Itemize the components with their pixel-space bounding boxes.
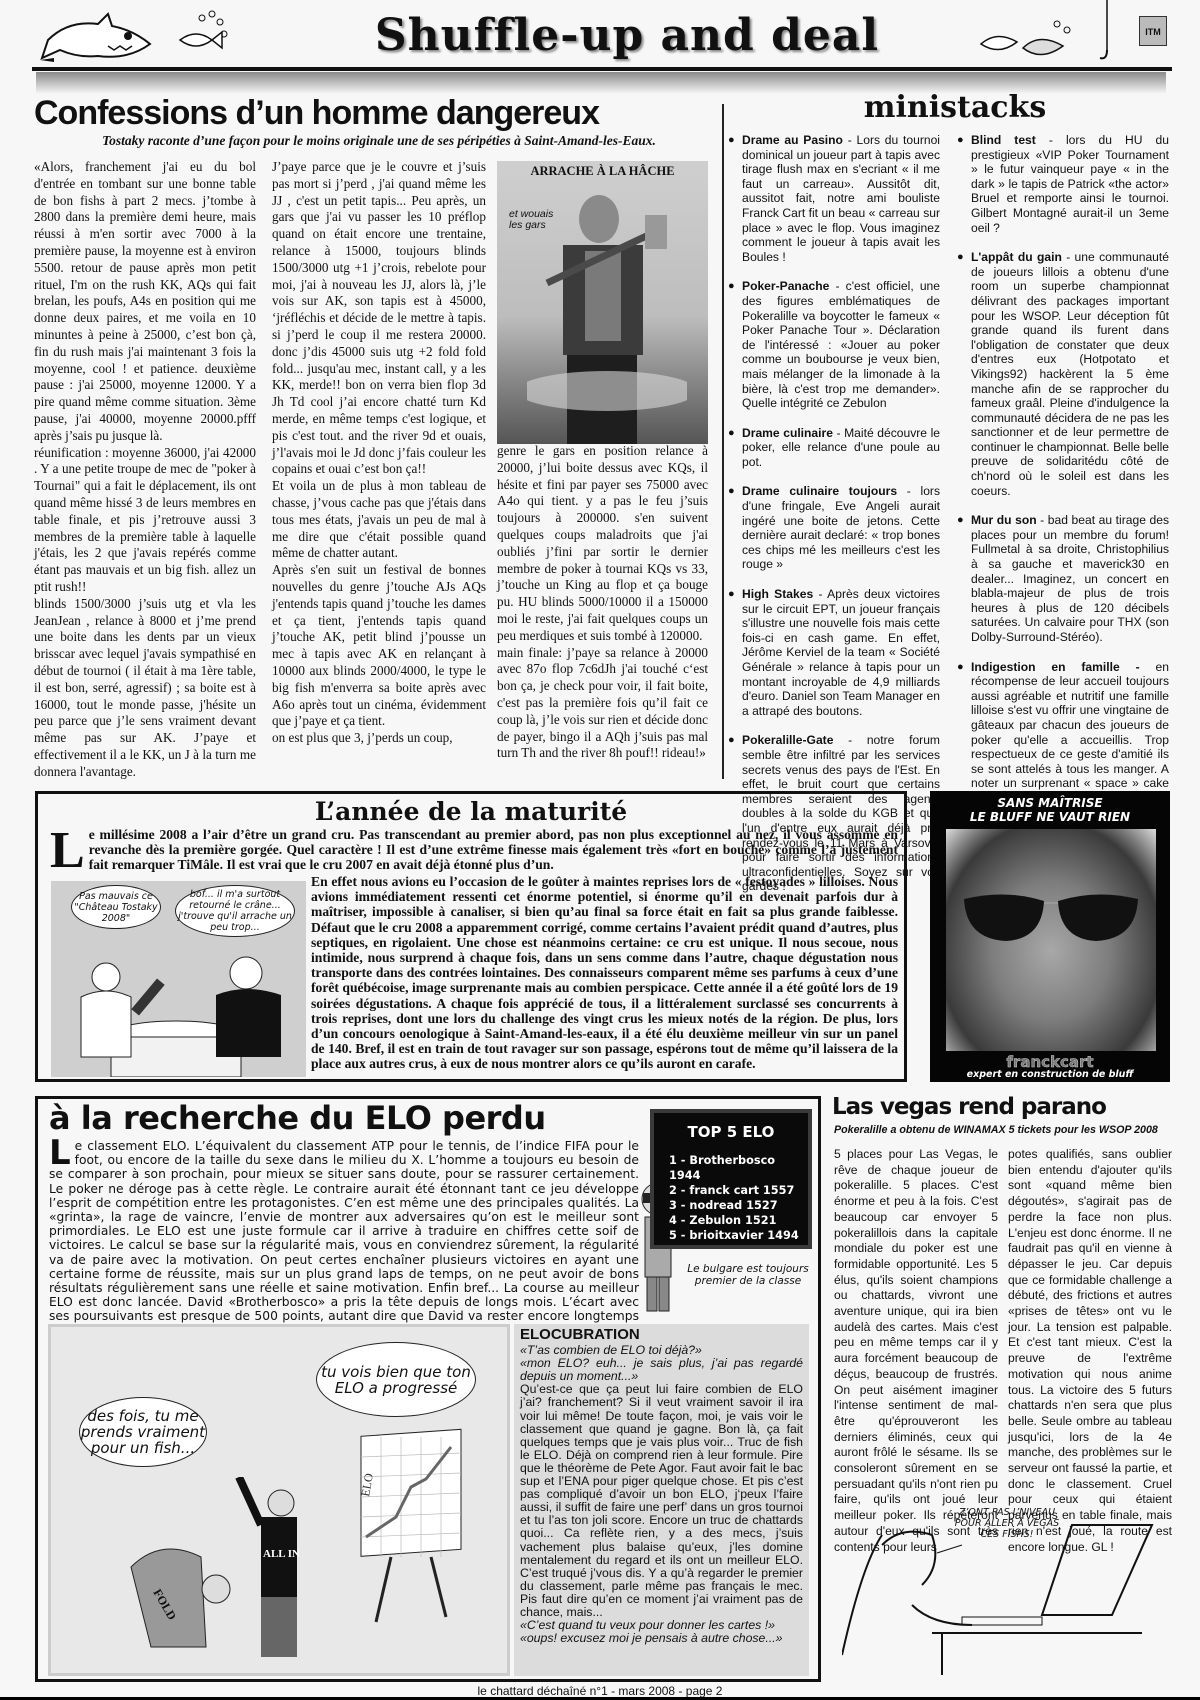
maturite-title: L’année de la maturité [38, 797, 904, 826]
paragraph: J’paye parce que je le couvre et j’suis … [272, 159, 486, 478]
maturite-article: L’année de la maturité Le millésime 2008… [35, 791, 907, 1082]
lumberjack-photo: ARRACHE À LA HÂCHE et wouais les gars [497, 161, 708, 444]
ministacks-column-right: Blind test - lors du HU du prestigieux «… [957, 133, 1169, 864]
confessions-column-1: «Alors, franchement j'ai eu du bol d'ent… [34, 159, 256, 780]
confessions-column-3: genre le gars en position relance à 2000… [497, 443, 708, 762]
itm-sign: ITM [1139, 16, 1167, 46]
top5-caption: Le bulgare est toujours premier de la cl… [678, 1263, 818, 1287]
speech-bubble-right: bof... il m'a surtout retourné le crâne.… [175, 885, 295, 937]
masthead: Shuffle-up and deal ITM [32, 8, 1172, 70]
ministack-item-text: - Après deux victoires sur le circuit EP… [742, 587, 940, 718]
newspaper-page: Shuffle-up and deal ITM Confessions d’un… [0, 0, 1200, 1700]
confessions-column-2: J’paye parce que je le couvre et j’suis … [272, 159, 486, 747]
advert-headline-line-2: LE BLUFF NE VAUT RIEN [930, 810, 1170, 824]
paragraph: genre le gars en position relance à 2000… [497, 443, 708, 645]
photo-caption: ARRACHE À LA HÂCHE [497, 164, 708, 179]
ministack-item-title: Blind test [971, 133, 1036, 147]
diners-illustration-icon [51, 937, 306, 1077]
sunglasses-face-photo [946, 829, 1156, 1051]
maturite-lead: Le millésime 2008 a l’air d’être un gran… [50, 827, 898, 873]
presenters-illustration-icon: FOLD ALL IN [111, 1477, 351, 1677]
speech-bubble-right: tu vois bien que ton ELO a progressé [316, 1342, 476, 1417]
dropcap: L [50, 829, 85, 873]
elocubration-body: Qu’est-ce que ça peut lui faire combien … [520, 1383, 803, 1619]
ministack-item: Drame au Pasino - Lors du tournoi domini… [728, 133, 940, 264]
maturite-lead-text: e millésime 2008 a l’air d’être un grand… [89, 827, 898, 872]
top5-entry: 4 - Zebulon 1521 [669, 1213, 808, 1228]
elo-article: à la recherche du ELO perdu Le classemen… [35, 1096, 821, 1682]
confessions-subtitle: Tostaky raconte d’une façon pour le moin… [34, 133, 724, 149]
masthead-title: Shuffle-up and deal [262, 10, 992, 61]
shirt-allin-label: ALL IN [263, 1548, 300, 1560]
elocubration-box: ELOCUBRATION «T’as combien de ELO toi dé… [514, 1324, 809, 1676]
page-footer: le chattard déchaîné n°1 - mars 2008 - p… [0, 1684, 1200, 1698]
ministack-item-title: Drame culinaire toujours [742, 484, 897, 498]
ministack-item-text: - bad beat au tirage des places pour un … [971, 513, 1169, 644]
elo-body: Le classement ELO. L’équivalent du class… [49, 1139, 639, 1338]
ministacks-title: ministacks [730, 90, 1180, 125]
elo-cartoon: des fois, tu me prends vraiment pour un … [48, 1324, 510, 1676]
top5-list: 1 - Brotherbosco 1944 2 - franck cart 15… [669, 1153, 808, 1243]
vegas-cartoon: Z’ONT PAS L’NIVEAU POUR ALLER À VEGAS CE… [842, 1505, 1167, 1675]
vegas-title: Las vegas rend parano [832, 1094, 1177, 1120]
ministack-item-text: - une communauté de joueurs lillois a ob… [971, 250, 1169, 498]
ministack-item-text: - lors du HU du prestigieux «VIP Poker T… [971, 133, 1169, 235]
ministack-item-title: L'appât du gain [971, 250, 1062, 264]
elocubration-quote: «oups! excusez moi je pensais à autre ch… [520, 1632, 803, 1645]
paragraph: Et voila un de plus à mon tableau de cha… [272, 478, 486, 562]
ministack-item: Drame culinaire - Maité découvre le poke… [728, 426, 940, 470]
vegas-column-2: potes qualifiés, sans oublier bien enten… [1008, 1147, 1172, 1555]
ministack-item: High Stakes - Après deux victoires sur l… [728, 587, 940, 718]
maturite-body: En effet nous avions eu l’occasion de le… [311, 874, 898, 1072]
sunglasses-icon [956, 889, 1146, 949]
masthead-rule [32, 67, 1172, 71]
column-divider [722, 104, 724, 779]
ministack-item-title: Drame culinaire [742, 426, 833, 440]
top5-elo-board: TOP 5 ELO 1 - Brotherbosco 1944 2 - fran… [650, 1109, 812, 1249]
ministack-item: Blind test - lors du HU du prestigieux «… [957, 133, 1169, 235]
elocubration-title: ELOCUBRATION [520, 1328, 803, 1341]
elo-chart-easel-icon: ELO [351, 1427, 491, 1627]
ministack-item-title: High Stakes [742, 587, 813, 601]
paragraph: réunification : moyenne 36000, j'ai 4200… [34, 445, 256, 596]
paragraph: «Alors, franchement j'ai eu du bol d'ent… [34, 159, 256, 445]
wine-tasting-cartoon: Pas mauvais ce "Château Tostaky 2008" bo… [51, 881, 306, 1077]
fishhook-icon [1092, 0, 1122, 70]
top5-entry: 5 - brioitxavier 1494 [669, 1228, 808, 1243]
paragraph: Après s'en suit un festival de bonnes no… [272, 562, 486, 730]
ministack-item: Poker-Panache - c'est officiel, une des … [728, 279, 940, 410]
paragraph: blinds 1500/3000 j’suis utg et vla les J… [34, 596, 256, 781]
top5-entry: 2 - franck cart 1557 [669, 1183, 808, 1198]
confessions-title: Confessions d’un homme dangereux [34, 94, 724, 133]
itm-sign-label: ITM [1145, 27, 1161, 37]
fish-pair-icon [977, 18, 1077, 68]
advert-headline-line-1: SANS MAÎTRISE [930, 796, 1170, 810]
top5-title: TOP 5 ELO [654, 1123, 808, 1141]
vegas-subtitle: Pokeralille a obtenu de WINAMAX 5 ticket… [834, 1124, 1179, 1136]
shark-icon [38, 10, 158, 66]
speech-bubble-left: Pas mauvais ce "Château Tostaky 2008" [71, 885, 161, 929]
top5-entry: 3 - nodread 1527 [669, 1198, 808, 1213]
elo-body-text: e classement ELO. L’équivalent du classe… [49, 1139, 639, 1338]
ministack-item-title: Poker-Panache [742, 279, 829, 293]
ministack-item-title: Drame au Pasino [742, 133, 843, 147]
dropcap: L [49, 1139, 71, 1167]
fish-bubbles-icon [172, 10, 242, 66]
ministack-item: L'appât du gain - une communauté de joue… [957, 250, 1169, 498]
vegas-column-1: 5 places pour Las Vegas, le rêve de chaq… [834, 1147, 998, 1555]
ministack-item-text: - Lors du tournoi dominical un joueur pa… [742, 133, 940, 264]
speech-bubble-left: des fois, tu me prends vraiment pour un … [79, 1397, 207, 1467]
ministack-item: Drame culinaire toujours - lors d'une fr… [728, 484, 940, 572]
advert-headline: SANS MAÎTRISE LE BLUFF NE VAUT RIEN [930, 796, 1170, 824]
gamer-at-computer-icon [842, 1505, 1167, 1675]
ministack-item-title: Mur du son [971, 513, 1037, 527]
ministack-item: Mur du son - bad beat au tirage des plac… [957, 513, 1169, 644]
elo-title: à la recherche du ELO perdu [49, 1099, 546, 1137]
ministack-item-title: Pokeralille-Gate [742, 733, 833, 747]
lumberjack-figure-icon [527, 191, 687, 444]
ministack-item-text: - c'est officiel, une des figures emblém… [742, 279, 940, 410]
ministack-item-title: Indigestion en famille - [971, 660, 1140, 674]
paragraph: on est plus que 3, j’perds un coup, [272, 730, 486, 747]
top5-entry: 1 - Brotherbosco 1944 [669, 1153, 808, 1183]
paragraph: main finale: j’paye sa relance à 20000 a… [497, 645, 708, 763]
bluff-advert: SANS MAÎTRISE LE BLUFF NE VAUT RIEN fran… [930, 791, 1170, 1082]
advert-tagline: expert en construction de bluff [930, 1069, 1170, 1080]
elocubration-quote: «mon ELO? euh... je sais plus, j’ai pas … [520, 1357, 803, 1383]
